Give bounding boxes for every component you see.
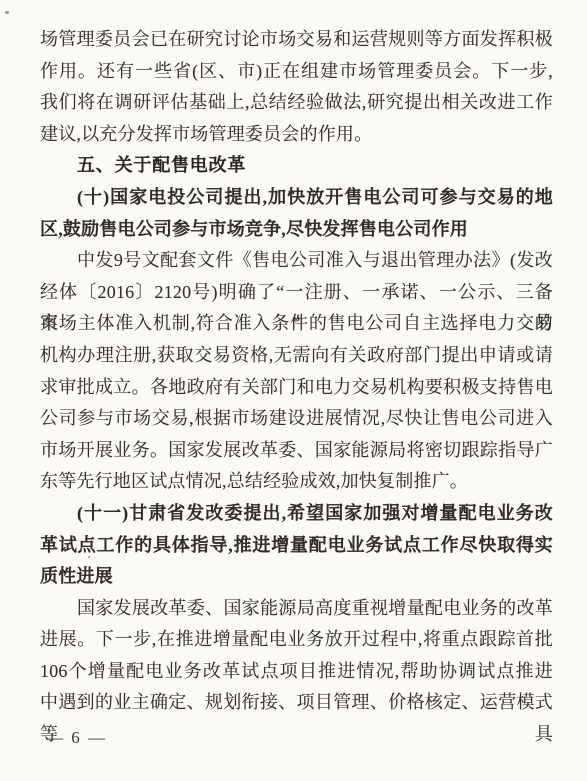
opinion-line: 区,鼓励售电公司参与市场竞争,尽快发挥售电公司作用 bbox=[40, 214, 553, 246]
opinion-line: 质性进展 bbox=[40, 561, 553, 593]
text-line: 经体〔2016〕2120号)明确了“一注册、一承诺、一公示、三备案”的 bbox=[40, 277, 553, 309]
text-line: 106个增量配电业务改革试点项目推进情况,帮助协调试点推进 bbox=[40, 656, 553, 688]
section-heading: 五、关于配售电改革 bbox=[40, 150, 553, 182]
text-line: 中遇到的业主确定、规划衔接、项目管理、价格核定、运营模式等具 bbox=[40, 687, 553, 719]
text-line: 场管理委员会已在研究讨论市场交易和运营规则等方面发挥积极 bbox=[40, 24, 553, 56]
text-line: 建议,以充分发挥市场管理委员会的作用。 bbox=[40, 119, 553, 151]
opinion-line: (十)国家电投公司提出,加快放开售电公司可参与交易的地 bbox=[40, 182, 553, 214]
text-line: 国家发展改革委、国家能源局高度重视增量配电业务的改革 bbox=[40, 593, 553, 625]
text-column: 场管理委员会已在研究讨论市场交易和运营规则等方面发挥积极 作用。还有一些省(区、… bbox=[40, 24, 553, 751]
text-line: 求审批成立。各地政府有关部门和电力交易机构要积极支持售电 bbox=[40, 372, 553, 404]
opinion-line: 革试点工作的具体指导,推进增量配电业务试点工作尽快取得实 bbox=[40, 530, 553, 562]
text-line: 我们将在调研评估基础上,总结经验做法,研究提出相关改进工作 bbox=[40, 87, 553, 119]
text-line: 作用。还有一些省(区、市)正在组建市场管理委员会。下一步, bbox=[40, 56, 553, 88]
text-line: 市场开展业务。国家发展改革委、国家能源局将密切跟踪指导广 bbox=[40, 435, 553, 467]
document-page: 场管理委员会已在研究讨论市场交易和运营规则等方面发挥积极 作用。还有一些省(区、… bbox=[0, 0, 587, 781]
scan-speck bbox=[5, 11, 9, 14]
text-line: 公司参与市场交易,根据市场建设进展情况,尽快让售电公司进入 bbox=[40, 403, 553, 435]
opinion-line: (十一)甘肃省发改委提出,希望国家加强对增量配电业务改 bbox=[40, 498, 553, 530]
text-line: 进展。下一步,在推进增量配电业务放开过程中,将重点跟踪首批 bbox=[40, 624, 553, 656]
text-line: 机构办理注册,获取交易资格,无需向有关政府部门提出申请或请 bbox=[40, 340, 553, 372]
text-line: 市场主体准入机制,符合准入条件的售电公司自主选择电力交易 bbox=[40, 308, 553, 340]
text-line: 东等先行地区试点情况,总结经验成效,加快复制推广。 bbox=[40, 466, 553, 498]
text-line: 中发9号文配套文件《售电公司准入与退出管理办法》(发改 bbox=[40, 245, 553, 277]
